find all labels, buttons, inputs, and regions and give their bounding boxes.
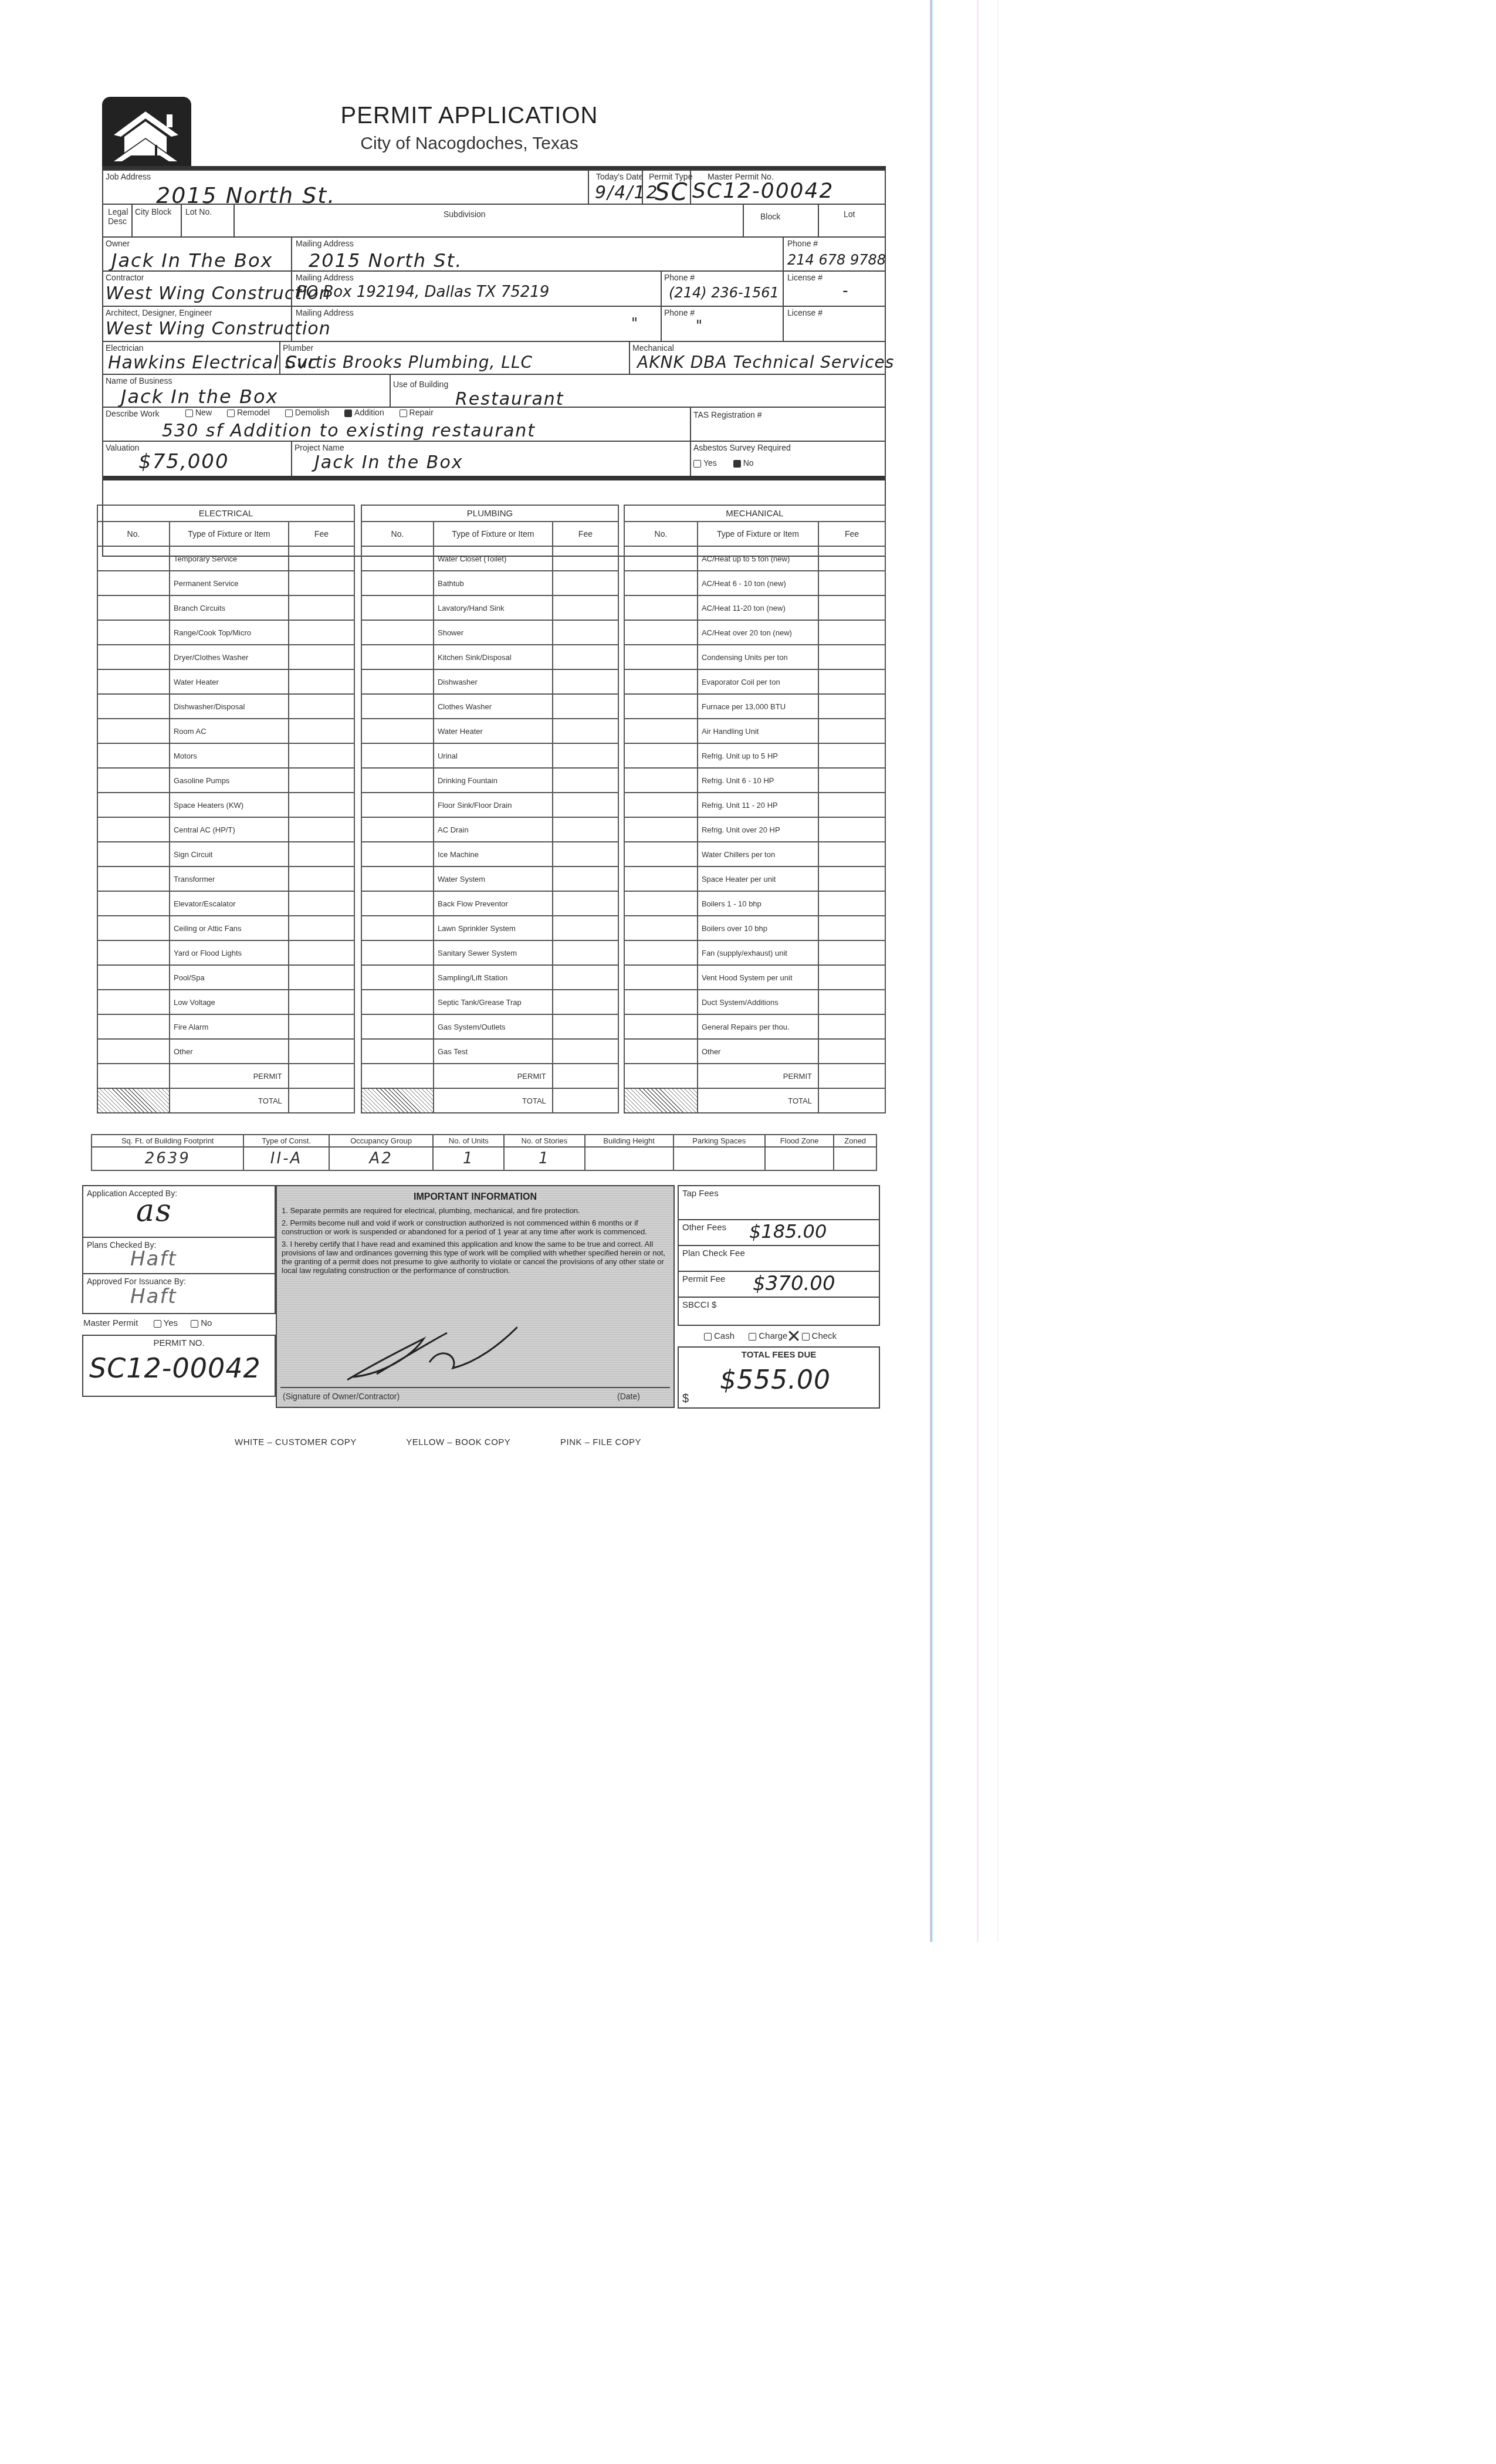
- fee-cell[interactable]: [553, 694, 618, 719]
- copy-distribution: WHITE – CUSTOMER COPY YELLOW – BOOK COPY…: [235, 1437, 688, 1447]
- fixture-item: Gas System/Outlets: [434, 1014, 553, 1039]
- fixture-item: Space Heater per unit: [698, 867, 818, 891]
- table-row: Gas System/Outlets: [361, 1014, 618, 1039]
- quantity-cell[interactable]: [624, 965, 698, 990]
- architect-phone-field[interactable]: ": [696, 317, 703, 334]
- quantity-cell[interactable]: [97, 719, 170, 743]
- table-row: Motors: [97, 743, 354, 768]
- fixture-item: Temporary Service: [170, 546, 289, 571]
- quantity-cell[interactable]: [97, 891, 170, 916]
- fixture-item: Central AC (HP/T): [170, 817, 289, 842]
- fee-cell[interactable]: [818, 768, 885, 793]
- fee-cell[interactable]: [818, 743, 885, 768]
- quantity-cell[interactable]: [97, 1039, 170, 1064]
- total-fees-box: TOTAL FEES DUE $ $555.00: [678, 1346, 880, 1409]
- contractor-license-label: License #: [787, 273, 823, 282]
- fee-cell[interactable]: [289, 571, 354, 595]
- work-option-demolish[interactable]: Demolish: [285, 408, 329, 417]
- fixture-item: Space Heaters (KW): [170, 793, 289, 817]
- fee-cell[interactable]: [818, 1014, 885, 1039]
- check-mark-x: ✕: [787, 1326, 801, 1347]
- table-row: Dishwasher: [361, 669, 618, 694]
- fee-cell[interactable]: [553, 916, 618, 940]
- table-row: Elevator/Escalator: [97, 891, 354, 916]
- quantity-cell[interactable]: [624, 546, 698, 571]
- quantity-cell[interactable]: [624, 990, 698, 1014]
- fee-cell[interactable]: [289, 1014, 354, 1039]
- other-fees-field[interactable]: $185.00: [749, 1220, 827, 1243]
- owner-field[interactable]: Jack In The Box: [111, 249, 273, 272]
- fixture-item: Boilers 1 - 10 bhp: [698, 891, 818, 916]
- total-fee-cell[interactable]: [553, 1088, 618, 1113]
- lot-label: Lot: [844, 209, 855, 219]
- block-label: Block: [760, 212, 780, 221]
- total-row-label: TOTAL: [698, 1088, 818, 1113]
- fee-cell[interactable]: [818, 620, 885, 645]
- fee-cell[interactable]: [289, 743, 354, 768]
- permit-fee-cell[interactable]: [289, 1064, 354, 1088]
- fee-cell[interactable]: [553, 867, 618, 891]
- hatched-cell: [97, 1088, 170, 1113]
- fixture-item: Other: [170, 1039, 289, 1064]
- fixture-item: Refrig. Unit 11 - 20 HP: [698, 793, 818, 817]
- quantity-cell[interactable]: [97, 768, 170, 793]
- table-row: Dishwasher/Disposal: [97, 694, 354, 719]
- fixture-item: Duct System/Additions: [698, 990, 818, 1014]
- contractor-mailing-label: Mailing Address: [296, 273, 354, 282]
- work-option-new[interactable]: New: [185, 408, 212, 417]
- col-fee: Fee: [289, 522, 354, 546]
- table-row: Refrig. Unit 6 - 10 HP: [624, 768, 885, 793]
- master-permit-yes[interactable]: Yes: [154, 1318, 178, 1328]
- stat-value[interactable]: [673, 1147, 766, 1170]
- contractor-phone-field[interactable]: (214) 236-1561: [669, 285, 779, 301]
- fixture-item: Water Closet (Toilet): [434, 546, 553, 571]
- fixture-item: Motors: [170, 743, 289, 768]
- business-name-label: Name of Business: [106, 376, 172, 385]
- quantity-cell[interactable]: [624, 867, 698, 891]
- quantity-cell[interactable]: [97, 571, 170, 595]
- fee-cell[interactable]: [553, 620, 618, 645]
- quantity-cell[interactable]: [361, 916, 434, 940]
- fee-cell[interactable]: [289, 719, 354, 743]
- fixture-item: Evaporator Coil per ton: [698, 669, 818, 694]
- quantity-cell[interactable]: [624, 645, 698, 669]
- permit-fee-label: Permit Fee: [682, 1274, 725, 1284]
- checkbox-demolish[interactable]: [285, 409, 293, 417]
- fixture-item: Yard or Flood Lights: [170, 940, 289, 965]
- quantity-cell[interactable]: [624, 1039, 698, 1064]
- architect-field[interactable]: West Wing Construction: [106, 319, 331, 339]
- quantity-cell[interactable]: [97, 842, 170, 867]
- col-item: Type of Fixture or Item: [698, 522, 818, 546]
- quantity-cell[interactable]: [97, 990, 170, 1014]
- table-row: AC/Heat over 20 ton (new): [624, 620, 885, 645]
- project-name-label: Project Name: [295, 443, 344, 452]
- fee-cell[interactable]: [818, 669, 885, 694]
- checkbox-asbestos-yes[interactable]: [693, 460, 701, 468]
- stat-value[interactable]: II-A: [243, 1147, 329, 1170]
- quantity-cell[interactable]: [624, 817, 698, 842]
- accepted-by-signature: as: [136, 1193, 172, 1228]
- fee-cell[interactable]: [818, 965, 885, 990]
- checkbox-master-yes[interactable]: [154, 1320, 161, 1328]
- owner-signature: [341, 1321, 517, 1386]
- fee-cell[interactable]: [818, 891, 885, 916]
- quantity-cell[interactable]: [361, 1014, 434, 1039]
- other-fees-label: Other Fees: [682, 1223, 726, 1233]
- quantity-cell[interactable]: [624, 595, 698, 620]
- fee-cell[interactable]: [289, 916, 354, 940]
- fee-cell[interactable]: [818, 990, 885, 1014]
- fixture-item: AC/Heat 6 - 10 ton (new): [698, 571, 818, 595]
- fixture-item: Refrig. Unit 6 - 10 HP: [698, 768, 818, 793]
- table-row: Drinking Fountain: [361, 768, 618, 793]
- payment-check[interactable]: Check✕: [802, 1331, 837, 1341]
- quantity-cell[interactable]: [624, 842, 698, 867]
- date-label: (Date): [617, 1392, 640, 1401]
- table-row: Air Handling Unit: [624, 719, 885, 743]
- quantity-cell[interactable]: [97, 645, 170, 669]
- fee-cell[interactable]: [553, 1039, 618, 1064]
- master-permit-no[interactable]: No: [191, 1318, 212, 1328]
- quantity-cell[interactable]: [624, 768, 698, 793]
- quantity-cell[interactable]: [361, 743, 434, 768]
- fixture-item: Room AC: [170, 719, 289, 743]
- stat-value[interactable]: A2: [329, 1147, 434, 1170]
- business-name-field[interactable]: Jack In the Box: [121, 385, 278, 408]
- quantity-cell: [97, 1064, 170, 1088]
- fixture-item: AC/Heat up to 5 ton (new): [698, 546, 818, 571]
- quantity-cell[interactable]: [97, 620, 170, 645]
- quantity-cell[interactable]: [361, 793, 434, 817]
- table-row: Gas Test: [361, 1039, 618, 1064]
- plumber-field[interactable]: Curtis Brooks Plumbing, LLC: [285, 353, 533, 372]
- work-type-options: New Remodel Demolish Addition Repair: [185, 408, 434, 417]
- asbestos-no[interactable]: No: [733, 458, 754, 468]
- quantity-cell[interactable]: [361, 842, 434, 867]
- architect-license-label: License #: [787, 308, 823, 317]
- fee-cell[interactable]: [553, 817, 618, 842]
- city-block-label: City Block: [135, 207, 171, 216]
- fee-cell[interactable]: [818, 645, 885, 669]
- fee-cell[interactable]: [818, 595, 885, 620]
- fixture-item: Vent Hood System per unit: [698, 965, 818, 990]
- col-no: No.: [361, 522, 434, 546]
- fixture-item: Furnace per 13,000 BTU: [698, 694, 818, 719]
- table-row: Sign Circuit: [97, 842, 354, 867]
- quantity-cell[interactable]: [361, 571, 434, 595]
- checkbox-addition[interactable]: [344, 409, 352, 417]
- fee-cell[interactable]: [289, 669, 354, 694]
- table-row: Ceiling or Attic Fans: [97, 916, 354, 940]
- col-fee: Fee: [818, 522, 885, 546]
- fee-cell[interactable]: [818, 842, 885, 867]
- quantity-cell[interactable]: [624, 669, 698, 694]
- quantity-cell[interactable]: [624, 719, 698, 743]
- fee-cell[interactable]: [289, 842, 354, 867]
- quantity-cell[interactable]: [624, 916, 698, 940]
- quantity-cell[interactable]: [361, 867, 434, 891]
- quantity-cell[interactable]: [97, 743, 170, 768]
- fee-cell[interactable]: [553, 669, 618, 694]
- fee-cell[interactable]: [289, 620, 354, 645]
- fixture-item: Sign Circuit: [170, 842, 289, 867]
- valuation-field[interactable]: $75,000: [138, 450, 229, 473]
- col-item: Type of Fixture or Item: [434, 522, 553, 546]
- stat-value[interactable]: 2639: [92, 1147, 243, 1170]
- fee-cell[interactable]: [818, 940, 885, 965]
- stat-value[interactable]: 1: [504, 1147, 584, 1170]
- stat-value[interactable]: [585, 1147, 673, 1170]
- fee-cell[interactable]: [553, 965, 618, 990]
- quantity-cell[interactable]: [97, 965, 170, 990]
- contractor-license-field[interactable]: -: [842, 282, 849, 300]
- quantity-cell[interactable]: [361, 719, 434, 743]
- table-row: Space Heaters (KW): [97, 793, 354, 817]
- stat-value[interactable]: [834, 1147, 876, 1170]
- fee-cell[interactable]: [818, 546, 885, 571]
- fee-cell[interactable]: [553, 793, 618, 817]
- work-option-addition[interactable]: Addition: [344, 408, 384, 417]
- quantity-cell[interactable]: [624, 743, 698, 768]
- quantity-cell[interactable]: [624, 940, 698, 965]
- total-fees-field[interactable]: $555.00: [720, 1365, 831, 1395]
- stat-header: Parking Spaces: [673, 1135, 766, 1147]
- fixture-item: Sanitary Sewer System: [434, 940, 553, 965]
- col-item: Type of Fixture or Item: [170, 522, 289, 546]
- quantity-cell[interactable]: [97, 595, 170, 620]
- stat-header: Type of Const.: [243, 1135, 329, 1147]
- quantity-cell[interactable]: [97, 669, 170, 694]
- fee-cell[interactable]: [289, 546, 354, 571]
- checkbox-repair[interactable]: [400, 409, 407, 417]
- fee-cell[interactable]: [289, 645, 354, 669]
- work-description-field[interactable]: 530 sf Addition to existing restaurant: [162, 421, 536, 441]
- fee-cell[interactable]: [818, 719, 885, 743]
- checkbox-asbestos-no[interactable]: [733, 460, 741, 468]
- fee-cell[interactable]: [289, 965, 354, 990]
- quantity-cell[interactable]: [97, 916, 170, 940]
- table-row: Floor Sink/Floor Drain: [361, 793, 618, 817]
- permit-no-field[interactable]: SC12-00042: [89, 1352, 261, 1384]
- payment-charge[interactable]: Charge: [749, 1331, 787, 1341]
- owner-label: Owner: [106, 239, 130, 248]
- permit-type-field[interactable]: SC: [655, 179, 688, 206]
- checkbox-charge[interactable]: [749, 1333, 756, 1341]
- quantity-cell[interactable]: [361, 940, 434, 965]
- architect-mailing-field[interactable]: ": [631, 315, 639, 331]
- subtitle: City of Nacogdoches, Texas: [323, 134, 616, 154]
- fixture-item: Shower: [434, 620, 553, 645]
- owner-phone-field[interactable]: 214 678 9788: [787, 252, 886, 268]
- fee-cell[interactable]: [818, 867, 885, 891]
- table-row: Central AC (HP/T): [97, 817, 354, 842]
- mechanical-label: Mechanical: [632, 343, 674, 353]
- quantity-cell[interactable]: [361, 595, 434, 620]
- work-option-repair[interactable]: Repair: [400, 408, 434, 417]
- fee-cell[interactable]: [553, 940, 618, 965]
- table-row: Fan (supply/exhaust) unit: [624, 940, 885, 965]
- fee-cell[interactable]: [818, 694, 885, 719]
- quantity-cell[interactable]: [361, 817, 434, 842]
- fee-cell[interactable]: [553, 1014, 618, 1039]
- permit-fee-cell[interactable]: [553, 1064, 618, 1088]
- quantity-cell[interactable]: [361, 645, 434, 669]
- checkbox-remodel[interactable]: [227, 409, 235, 417]
- quantity-cell[interactable]: [97, 817, 170, 842]
- quantity-cell[interactable]: [361, 1039, 434, 1064]
- quantity-cell[interactable]: [97, 1014, 170, 1039]
- fixture-item: AC/Heat over 20 ton (new): [698, 620, 818, 645]
- table-row: Kitchen Sink/Disposal: [361, 645, 618, 669]
- fee-cell[interactable]: [553, 842, 618, 867]
- quantity-cell[interactable]: [97, 793, 170, 817]
- quantity-cell[interactable]: [361, 546, 434, 571]
- fixture-item: Lavatory/Hand Sink: [434, 595, 553, 620]
- checkbox-cash[interactable]: [704, 1333, 712, 1341]
- fee-cell[interactable]: [289, 793, 354, 817]
- permit-fee-cell[interactable]: [818, 1064, 885, 1088]
- fixture-item: Dishwasher: [434, 669, 553, 694]
- contractor-phone-label: Phone #: [664, 273, 695, 282]
- permit-fee-field[interactable]: $370.00: [753, 1272, 835, 1295]
- fixture-item: Septic Tank/Grease Trap: [434, 990, 553, 1014]
- copy-yellow: YELLOW – BOOK COPY: [406, 1437, 510, 1447]
- quantity-cell[interactable]: [361, 891, 434, 916]
- fee-cell[interactable]: [553, 990, 618, 1014]
- fee-cell[interactable]: [818, 793, 885, 817]
- fee-cell[interactable]: [289, 768, 354, 793]
- fee-cell[interactable]: [289, 694, 354, 719]
- fee-cell[interactable]: [553, 595, 618, 620]
- fee-cell[interactable]: [818, 916, 885, 940]
- table-row: Water Heater: [97, 669, 354, 694]
- building-stats-table: Sq. Ft. of Building FootprintType of Con…: [91, 1134, 877, 1171]
- fee-cell[interactable]: [818, 1039, 885, 1064]
- table-row: Branch Circuits: [97, 595, 354, 620]
- total-fee-cell[interactable]: [289, 1088, 354, 1113]
- fixture-item: Water Heater: [434, 719, 553, 743]
- checkbox-new[interactable]: [185, 409, 193, 417]
- fixture-item: Other: [698, 1039, 818, 1064]
- quantity-cell[interactable]: [361, 669, 434, 694]
- quantity-cell[interactable]: [97, 694, 170, 719]
- quantity-cell[interactable]: [361, 694, 434, 719]
- info-item: 1. Separate permits are required for ele…: [282, 1206, 669, 1215]
- checkbox-check[interactable]: [802, 1333, 810, 1341]
- fixture-item: Elevator/Escalator: [170, 891, 289, 916]
- lot-no-label: Lot No.: [185, 207, 212, 216]
- payment-cash[interactable]: Cash: [704, 1331, 735, 1341]
- todays-date-field[interactable]: 9/4/12: [595, 182, 659, 203]
- hatched-cell: [624, 1088, 698, 1113]
- fee-cell[interactable]: [289, 990, 354, 1014]
- describe-work-label: Describe Work: [106, 409, 160, 418]
- info-item: 2. Permits become null and void if work …: [282, 1219, 669, 1236]
- fee-cell[interactable]: [553, 743, 618, 768]
- permit-no-label: PERMIT NO.: [83, 1338, 275, 1348]
- mechanical-field[interactable]: AKNK DBA Technical Services: [637, 353, 894, 372]
- stat-header: Zoned: [834, 1135, 876, 1147]
- fee-cell[interactable]: [553, 546, 618, 571]
- quantity-cell[interactable]: [361, 620, 434, 645]
- quantity-cell[interactable]: [361, 965, 434, 990]
- work-option-remodel[interactable]: Remodel: [227, 408, 270, 417]
- fixture-item: Dryer/Clothes Washer: [170, 645, 289, 669]
- table-row: Furnace per 13,000 BTU: [624, 694, 885, 719]
- quantity-cell[interactable]: [361, 768, 434, 793]
- total-row-label: TOTAL: [434, 1088, 553, 1113]
- table-row: Water Closet (Toilet): [361, 546, 618, 571]
- table-row: Ice Machine: [361, 842, 618, 867]
- quantity-cell[interactable]: [97, 940, 170, 965]
- quantity-cell[interactable]: [624, 571, 698, 595]
- quantity-cell[interactable]: [624, 891, 698, 916]
- quantity-cell[interactable]: [624, 793, 698, 817]
- contractor-label: Contractor: [106, 273, 144, 282]
- asbestos-yes[interactable]: Yes: [693, 458, 717, 468]
- project-name-field[interactable]: Jack In the Box: [314, 452, 463, 473]
- checkbox-master-no[interactable]: [191, 1320, 198, 1328]
- fixture-item: Permanent Service: [170, 571, 289, 595]
- owner-mailing-field[interactable]: 2015 North St.: [309, 249, 462, 272]
- table-row: Back Flow Preventor: [361, 891, 618, 916]
- fee-cell[interactable]: [553, 645, 618, 669]
- fee-cell[interactable]: [818, 571, 885, 595]
- quantity-cell[interactable]: [97, 867, 170, 891]
- stat-header: Building Height: [585, 1135, 673, 1147]
- fee-cell[interactable]: [289, 891, 354, 916]
- fee-cell[interactable]: [289, 867, 354, 891]
- quantity-cell[interactable]: [361, 990, 434, 1014]
- fee-cell[interactable]: [289, 1039, 354, 1064]
- fixture-item: Condensing Units per ton: [698, 645, 818, 669]
- table-row: Temporary Service: [97, 546, 354, 571]
- hatched-cell: [361, 1088, 434, 1113]
- fixture-item: Water Chillers per ton: [698, 842, 818, 867]
- table-row: Water System: [361, 867, 618, 891]
- fee-cell[interactable]: [818, 817, 885, 842]
- fixture-item: Bathtub: [434, 571, 553, 595]
- fee-cell[interactable]: [553, 719, 618, 743]
- quantity-cell[interactable]: [97, 546, 170, 571]
- col-no: No.: [97, 522, 170, 546]
- fee-cell[interactable]: [553, 768, 618, 793]
- fee-cell[interactable]: [289, 940, 354, 965]
- electrical-table: ELECTRICALNo.Type of Fixture or ItemFeeT…: [97, 505, 355, 1113]
- todays-date-label: Today's Date: [596, 172, 644, 181]
- fixture-item: Water Heater: [170, 669, 289, 694]
- plan-check-fee-label: Plan Check Fee: [682, 1248, 745, 1258]
- fee-cell[interactable]: [289, 817, 354, 842]
- fee-cell[interactable]: [553, 891, 618, 916]
- fee-cell[interactable]: [553, 571, 618, 595]
- contractor-mailing-field[interactable]: PO Box 192194, Dallas TX 75219: [297, 283, 549, 301]
- total-fees-label: TOTAL FEES DUE: [679, 1350, 879, 1360]
- total-fee-cell[interactable]: [818, 1088, 885, 1113]
- stat-value[interactable]: 1: [433, 1147, 504, 1170]
- fee-cell[interactable]: [289, 595, 354, 620]
- quantity-cell[interactable]: [624, 1014, 698, 1039]
- master-permit-field[interactable]: SC12-00042: [692, 179, 834, 203]
- quantity-cell[interactable]: [624, 620, 698, 645]
- quantity-cell[interactable]: [624, 694, 698, 719]
- fixture-item: Back Flow Preventor: [434, 891, 553, 916]
- info-item: 3. I hereby certify that I have read and…: [282, 1240, 669, 1275]
- stat-value[interactable]: [765, 1147, 834, 1170]
- table-row: Yard or Flood Lights: [97, 940, 354, 965]
